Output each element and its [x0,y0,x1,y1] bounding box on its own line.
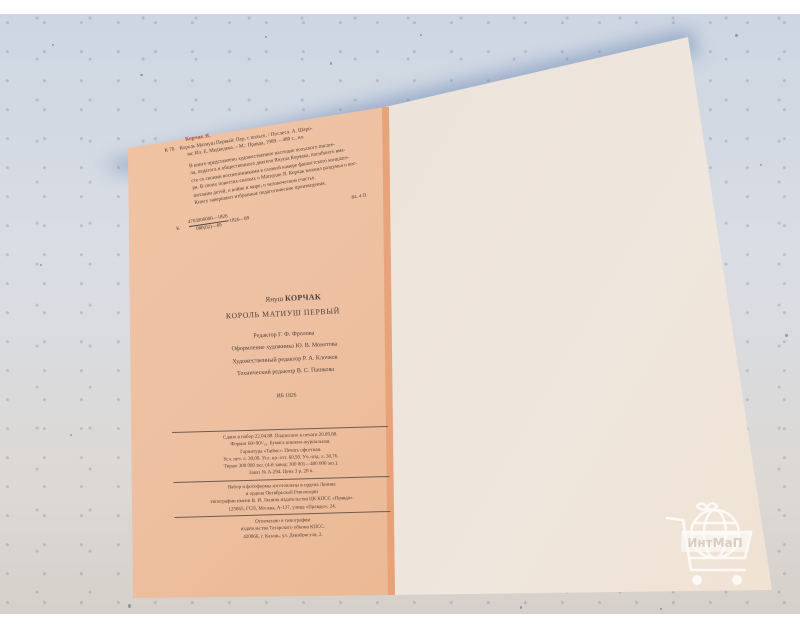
surface-speck [128,604,131,608]
watermark: ИнтМаП [663,496,759,591]
surface-speck [785,334,788,337]
book-title: КОРОЛЬ МАТИУШ ПЕРВЫЙ [173,304,393,323]
surface-speck [520,606,522,609]
surface-speck [52,44,54,46]
surface-speck [660,608,662,610]
surface-speck [760,164,762,166]
surface-speck [330,62,332,65]
shopping-cart-globe-icon: ИнтМаП [663,496,759,591]
surface-speck [735,34,738,37]
svg-text:ИнтМаП: ИнтМаП [687,536,742,550]
book-photo: Корчак Я. К 70 Король Матиуш Первый: Пер… [0,14,800,614]
surface-speck [420,34,422,36]
surface-speck [265,36,267,38]
catalog-udc: К 70 [164,146,175,153]
surface-speck [40,264,42,266]
imprint-block: Сдано в набор 22.04.88. Подписано к печа… [172,424,391,543]
credits-list: Редактор Г. Ф. Фролова Оформление художн… [174,324,396,384]
title-block: Януш КОРЧАК КОРОЛЬ МАТИУШ ПЕРВЫЙ Редакто… [172,289,397,403]
surface-speck [70,434,72,436]
surface-speck [140,74,143,76]
